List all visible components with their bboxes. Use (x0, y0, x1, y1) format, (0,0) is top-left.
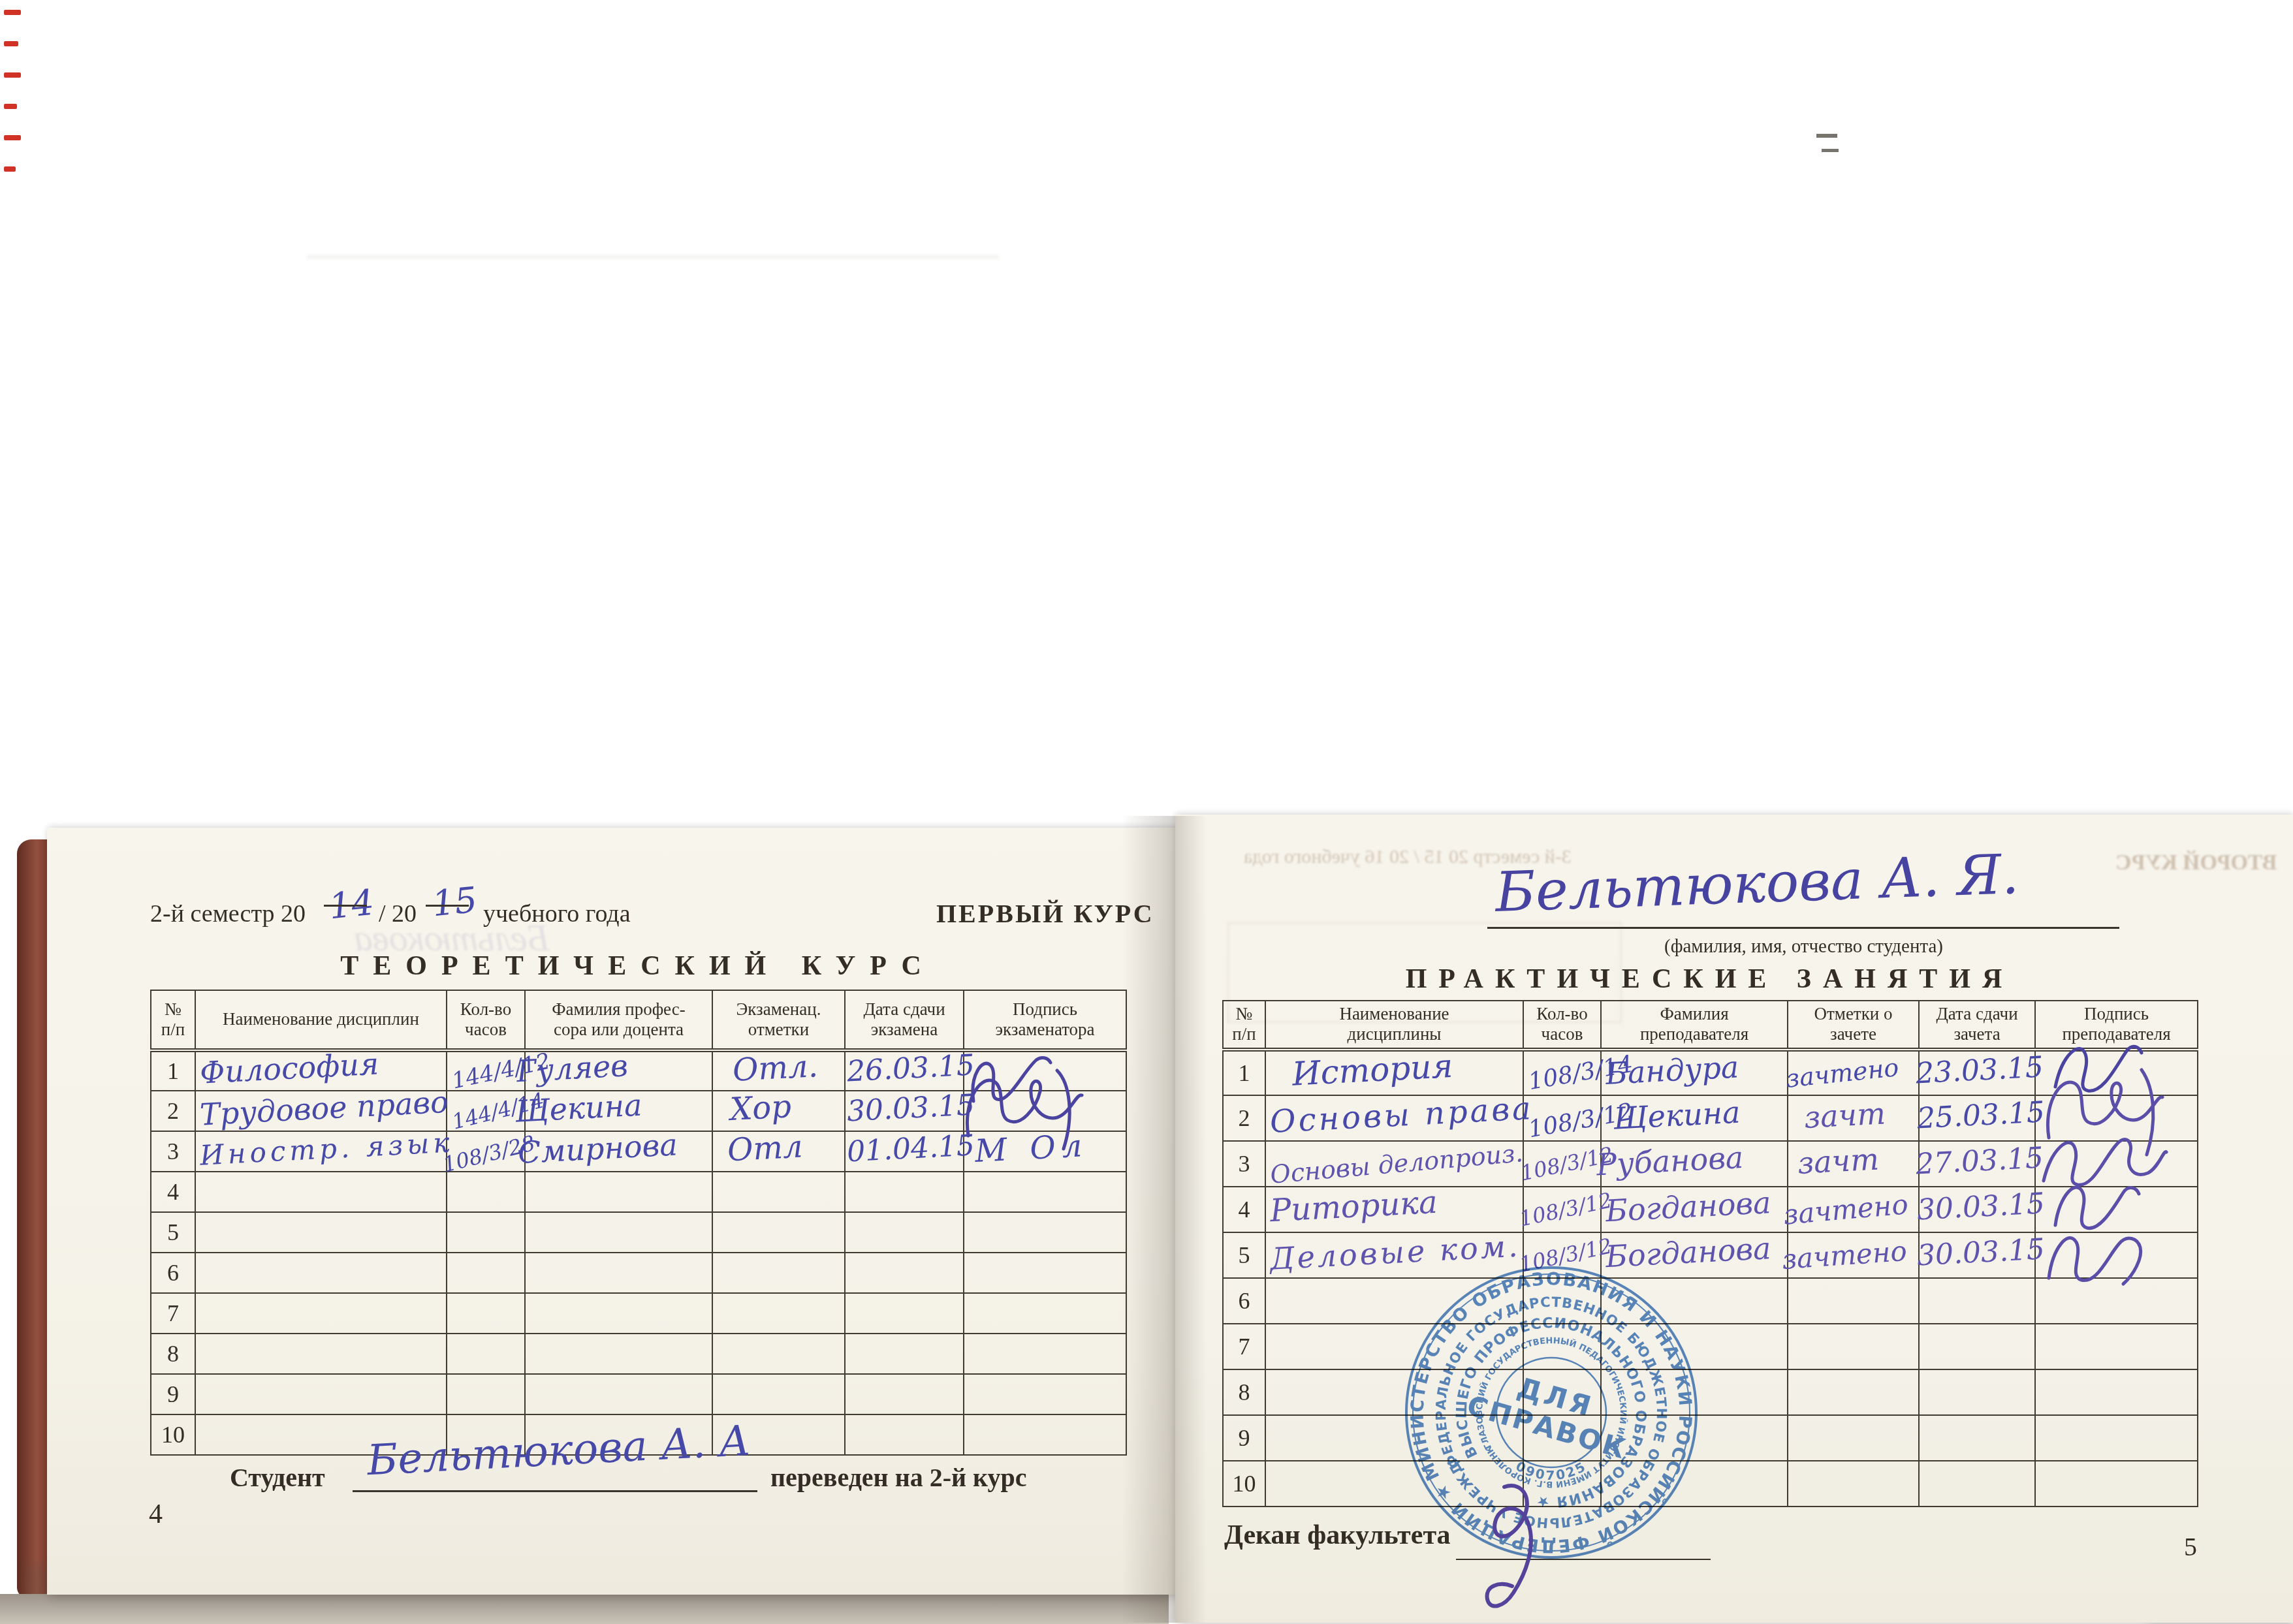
empty-cell (845, 1293, 964, 1334)
mark-handwritten: зачтено (1781, 1234, 1908, 1275)
empty-cell (447, 1374, 525, 1414)
date-handwritten: 30.03.15 (1916, 1232, 2046, 1272)
row-number: 1 (151, 1050, 195, 1091)
subject-handwritten: Риторика (1269, 1183, 1438, 1228)
bleed-through-course: ВТОРОЙ КУРС (2115, 851, 2277, 875)
col-header-num: № п/п (1223, 1001, 1265, 1050)
row-number: 9 (1223, 1415, 1265, 1461)
subject-handwritten: История (1291, 1047, 1454, 1093)
left-page: Бельтюкова 2-й семестр 20 14 / 20 15 уче… (47, 828, 1177, 1595)
subject-handwritten: Трудовое право (199, 1084, 449, 1132)
mark-cell: Хор (712, 1091, 845, 1131)
theory-course-table: № п/п Наименование дисциплин Кол-во часо… (150, 990, 1127, 1456)
empty-cell (1919, 1369, 2035, 1415)
table-row: 8 (1223, 1369, 2198, 1415)
date-handwritten: 25.03.15 (1916, 1095, 2046, 1135)
empty-cell (845, 1212, 964, 1253)
signature-cell (964, 1091, 1126, 1131)
empty-cell (1919, 1278, 2035, 1324)
row-number: 7 (1223, 1324, 1265, 1369)
row-number: 6 (151, 1253, 195, 1293)
empty-cell (195, 1212, 447, 1253)
date-handwritten: 23.03.15 (1915, 1050, 2044, 1090)
col-header-mark: Экзаменац. отметки (712, 990, 845, 1050)
row-number: 10 (1223, 1461, 1265, 1507)
date-handwritten: 30.03.15 (846, 1088, 975, 1128)
mark-handwritten: Хор (729, 1088, 793, 1128)
col-header-subject: Наименование дисциплины (1265, 1001, 1523, 1050)
hours-handwritten: 108/3/12 (1517, 1187, 1614, 1231)
empty-cell (712, 1172, 845, 1212)
empty-cell (195, 1253, 447, 1293)
hours-cell: 144/4/12 (447, 1050, 525, 1091)
empty-cell (1919, 1461, 2035, 1507)
empty-cell (964, 1212, 1126, 1253)
mark-cell: зачт (1788, 1141, 1919, 1187)
subject-cell: Основы права (1265, 1095, 1523, 1141)
examiner-signature-text: М Ол (974, 1127, 1090, 1170)
signature-cell: М Ол (964, 1131, 1126, 1172)
scan-artifact-red-dash (4, 41, 18, 46)
page-number: 5 (2184, 1531, 2197, 1562)
teacher-cell: Рубанова (1601, 1141, 1788, 1187)
teacher-handwritten: Щекина (514, 1087, 643, 1129)
student-name-underline (353, 1490, 757, 1492)
empty-cell (712, 1212, 845, 1253)
mark-handwritten: Отл (727, 1129, 804, 1169)
date-cell: 26.03.15 (845, 1050, 964, 1091)
row-number: 9 (151, 1374, 195, 1414)
empty-cell (712, 1334, 845, 1374)
date-cell: 27.03.15 (1919, 1141, 2035, 1187)
empty-cell (964, 1414, 1126, 1455)
table-row: 7 (1223, 1324, 2198, 1369)
table-row: 7 (151, 1293, 1126, 1334)
dean-label: Декан факультета (1224, 1520, 1451, 1551)
empty-cell (964, 1293, 1126, 1334)
col-header-hours: Кол-во часов (447, 990, 525, 1050)
empty-cell (447, 1212, 525, 1253)
teacher-cell: Щекина (525, 1091, 712, 1131)
empty-cell (845, 1374, 964, 1414)
teacher-cell: Щекина (1601, 1095, 1788, 1141)
empty-cell (525, 1334, 712, 1374)
empty-cell (964, 1253, 1126, 1293)
teacher-cell: Гуляев (525, 1050, 712, 1091)
signature-cell (2035, 1232, 2198, 1278)
hours-cell: 108/3/12 (1523, 1141, 1601, 1187)
empty-cell (1788, 1415, 1919, 1461)
teacher-handwritten: Богданова (1605, 1185, 1772, 1228)
empty-cell (712, 1253, 845, 1293)
empty-cell (964, 1172, 1126, 1212)
hours-cell: 144/4/14 (447, 1091, 525, 1131)
table-row: 9 (1223, 1415, 2198, 1461)
empty-cell (712, 1293, 845, 1334)
mark-cell: Отл. (712, 1050, 845, 1091)
empty-cell (2035, 1369, 2198, 1415)
course-label: ПЕРВЫЙ КУРС (936, 898, 1154, 929)
teacher-cell: Бандура (1601, 1050, 1788, 1095)
date-handwritten: 27.03.15 (1915, 1141, 2044, 1181)
empty-cell (845, 1334, 964, 1374)
row-number: 8 (1223, 1369, 1265, 1415)
mark-handwritten: Отл. (732, 1048, 819, 1089)
empty-cell (964, 1334, 1126, 1374)
subject-handwritten: Основы делопроиз. (1269, 1138, 1524, 1189)
year-to-handwritten: 15 (430, 879, 479, 925)
student-name-handwritten: Бельтюкова А. Я. (1494, 842, 2020, 924)
subject-handwritten: Иностр. язык (199, 1126, 454, 1171)
scan-artifact-mark (1816, 134, 1837, 138)
hours-cell: 108/3/14 (1523, 1050, 1601, 1095)
table-row: 6 (151, 1253, 1126, 1293)
row-number: 2 (1223, 1095, 1265, 1141)
table-row: 6 (1223, 1278, 2198, 1324)
page-number: 4 (149, 1499, 163, 1530)
empty-cell (525, 1172, 712, 1212)
teacher-handwritten: Бандура (1605, 1049, 1740, 1091)
subject-cell: Основы делопроиз. (1265, 1141, 1523, 1187)
transfer-text: переведен на 2-й курс (770, 1462, 1027, 1493)
empty-cell (2035, 1324, 2198, 1369)
empty-cell (2035, 1278, 2198, 1324)
col-header-date: Дата сдачи экзамена (845, 990, 964, 1050)
mark-cell: зачтено (1788, 1232, 1919, 1278)
right-page: 3-й семестр 20 15 / 20 16 учебного года … (1175, 815, 2293, 1623)
hours-cell: 108/3/28 (447, 1131, 525, 1172)
empty-cell (712, 1374, 845, 1414)
row-number: 5 (151, 1212, 195, 1253)
scan-artifact-red-dash (4, 72, 21, 78)
book-cover-edge (17, 839, 50, 1598)
table-row: 8 (151, 1334, 1126, 1374)
name-caption: (фамилия, имя, отчество студента) (1489, 936, 2119, 958)
date-cell: 23.03.15 (1919, 1050, 2035, 1095)
teacher-handwritten: Гуляев (516, 1048, 629, 1089)
row-number: 6 (1223, 1278, 1265, 1324)
hours-cell: 108/3/12 (1523, 1187, 1601, 1232)
subject-handwritten: Философия (199, 1046, 380, 1091)
teacher-cell: Смирнова (525, 1131, 712, 1172)
col-header-subject: Наименование дисциплин (195, 990, 447, 1050)
empty-cell (1788, 1369, 1919, 1415)
col-header-date: Дата сдачи зачета (1919, 1001, 2035, 1050)
page-title: ПРАКТИЧЕСКИЕ ЗАНЯТИЯ (1222, 963, 2197, 995)
empty-cell (845, 1253, 964, 1293)
student-name-underline (1487, 927, 2119, 929)
row-number: 1 (1223, 1050, 1265, 1095)
empty-cell (1788, 1324, 1919, 1369)
mark-cell: зачтено (1788, 1050, 1919, 1095)
mark-handwritten: зачтено (1784, 1053, 1900, 1093)
empty-cell (447, 1172, 525, 1212)
mark-handwritten: зачтено (1782, 1188, 1909, 1231)
col-header-teacher: Фамилия профес- сора или доцента (525, 990, 712, 1050)
col-header-hours: Кол-во часов (1523, 1001, 1601, 1050)
row-number: 10 (151, 1414, 195, 1455)
row-number: 3 (151, 1131, 195, 1172)
date-cell: 30.03.15 (1919, 1232, 2035, 1278)
mark-handwritten: зачт (1803, 1095, 1886, 1134)
col-header-teacher: Фамилия преподавателя (1601, 1001, 1788, 1050)
empty-cell (447, 1293, 525, 1334)
date-cell: 01.04.15 (845, 1131, 964, 1172)
year-underline (324, 905, 367, 907)
scan-artifact-smudge (307, 255, 999, 259)
date-cell: 25.03.15 (1919, 1095, 2035, 1141)
teacher-cell: Богданова (1601, 1187, 1788, 1232)
book-bottom-edge (0, 1594, 1169, 1624)
empty-cell (195, 1172, 447, 1212)
table-row: 5 (151, 1212, 1126, 1253)
empty-cell (845, 1414, 964, 1455)
subject-cell: Трудовое право (195, 1091, 447, 1131)
practical-classes-table: № п/п Наименование дисциплины Кол-во час… (1222, 1000, 2198, 1507)
empty-cell (525, 1212, 712, 1253)
dean-signature (1463, 1475, 1573, 1619)
empty-cell (1919, 1324, 2035, 1369)
col-header-signature: Подпись экзаменатора (964, 990, 1126, 1050)
hours-cell: 108/3/12 (1523, 1095, 1601, 1141)
mark-cell: зачтено (1788, 1187, 1919, 1232)
empty-cell (845, 1172, 964, 1212)
scan-artifact-mark (1822, 149, 1839, 152)
row-number: 4 (1223, 1187, 1265, 1232)
empty-cell (447, 1334, 525, 1374)
empty-cell (1919, 1415, 2035, 1461)
subject-cell: Риторика (1265, 1187, 1523, 1232)
empty-cell (525, 1293, 712, 1334)
row-number: 7 (151, 1293, 195, 1334)
table-row: 9 (151, 1374, 1126, 1414)
semester-prefix: 2-й семестр 20 (150, 899, 306, 928)
row-number: 3 (1223, 1141, 1265, 1187)
empty-cell (1788, 1278, 1919, 1324)
date-handwritten: 26.03.15 (846, 1048, 975, 1088)
teacher-handwritten: Смирнова (517, 1127, 678, 1170)
empty-cell (447, 1253, 525, 1293)
row-number: 2 (151, 1091, 195, 1131)
date-handwritten: 01.04.15 (846, 1129, 975, 1168)
mark-cell: зачт (1788, 1095, 1919, 1141)
table-row: 2 Трудовое право 144/4/14 Щекина Хор 30.… (151, 1091, 1126, 1131)
col-header-num: № п/п (151, 990, 195, 1050)
row-number: 5 (1223, 1232, 1265, 1278)
date-cell: 30.03.15 (1919, 1187, 2035, 1232)
table-header-row: № п/п Наименование дисциплин Кол-во часо… (151, 990, 1126, 1050)
subject-cell: История (1265, 1050, 1523, 1095)
empty-cell (525, 1374, 712, 1414)
subject-cell: Философия (195, 1050, 447, 1091)
subject-handwritten: Основы права (1269, 1090, 1534, 1140)
empty-cell (964, 1374, 1126, 1414)
row-number: 8 (151, 1334, 195, 1374)
scan-artifact-red-dash (4, 135, 21, 140)
empty-cell (525, 1253, 712, 1293)
table-row: 3 Иностр. язык 108/3/28 Смирнова Отл 01.… (151, 1131, 1126, 1172)
mark-cell: Отл (712, 1131, 845, 1172)
date-handwritten: 30.03.15 (1916, 1187, 2046, 1226)
scan-artifact-red-dash (4, 104, 17, 109)
empty-cell (2035, 1415, 2198, 1461)
scan-artifact-red-dash (4, 10, 21, 15)
col-header-mark: Отметки о зачете (1788, 1001, 1919, 1050)
mark-handwritten: зачт (1797, 1141, 1880, 1180)
table-row: 10 (1223, 1461, 2198, 1507)
student-label: Студент (230, 1462, 325, 1493)
teacher-handwritten: Рубанова (1596, 1139, 1745, 1182)
empty-cell (195, 1334, 447, 1374)
semester-divider: / 20 (379, 899, 417, 928)
scan-artifact-red-dash (4, 166, 16, 172)
row-number: 4 (151, 1172, 195, 1212)
date-cell: 30.03.15 (845, 1091, 964, 1131)
table-row: 4 (151, 1172, 1126, 1212)
subject-cell: Иностр. язык (195, 1131, 447, 1172)
teacher-handwritten: Щекина (1613, 1094, 1741, 1136)
empty-cell (2035, 1461, 2198, 1507)
empty-cell (195, 1293, 447, 1334)
semester-suffix: учебного года (483, 899, 631, 928)
empty-cell (1788, 1461, 1919, 1507)
table-row: 5 Деловые ком. 108/3/12 Богданова зачтен… (1223, 1232, 2198, 1278)
empty-cell (195, 1374, 447, 1414)
year-underline (426, 905, 469, 907)
page-title: ТЕОРЕТИЧЕСКИЙ КУРС (150, 950, 1126, 982)
